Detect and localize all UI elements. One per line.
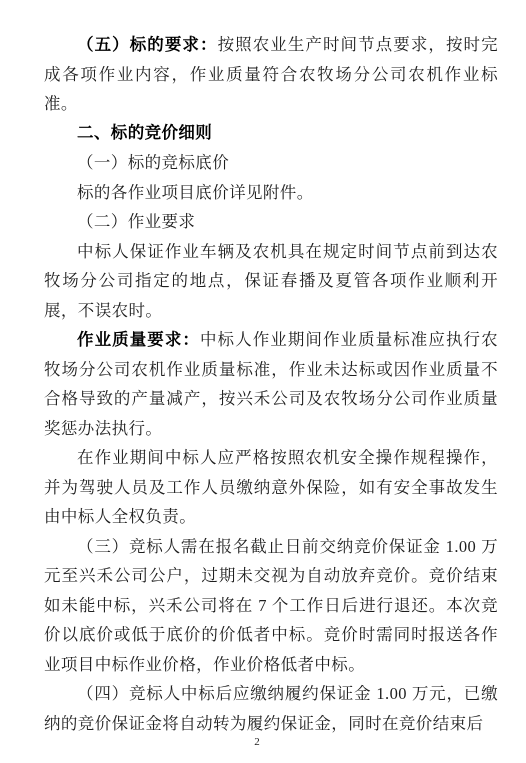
paragraph: （四）竞标人中标后应缴纳履约保证金 1.00 万元，已缴纳的竞价保证金将自动转为… xyxy=(44,679,498,738)
paragraph: 中标人保证作业车辆及农机具在规定时间节点前到达农牧场分公司指定的地点，保证春播及… xyxy=(44,237,498,326)
paragraph: （二）作业要求 xyxy=(44,207,498,237)
text-run: 标的各作业项目底价详见附件。 xyxy=(77,183,314,202)
document-page: （五）标的要求：按照农业生产时间节点要求，按时完成各项作业内容，作业质量符合农牧… xyxy=(0,0,526,763)
text-run: （一）标的竞标底价 xyxy=(77,153,229,172)
bold-text-run: （五）标的要求： xyxy=(77,35,218,54)
text-run: （二）作业要求 xyxy=(77,212,195,231)
section-heading: 二、标的竞价细则 xyxy=(44,119,498,149)
paragraph: 标的各作业项目底价详见附件。 xyxy=(44,178,498,208)
text-run: （三）竞标人需在报名截止日前交纳竞价保证金 1.00 万元至兴禾公司公户，过期未… xyxy=(44,537,498,674)
bold-text-run: 二、标的竞价细则 xyxy=(77,124,212,142)
paragraph: （五）标的要求：按照农业生产时间节点要求，按时完成各项作业内容，作业质量符合农牧… xyxy=(44,30,498,119)
paragraph: （一）标的竞标底价 xyxy=(44,148,498,178)
bold-text-run: 作业质量要求： xyxy=(77,330,200,349)
text-run: 在作业期间中标人应严格按照农机安全操作规程操作，并为驾驶人员及工作人员缴纳意外保… xyxy=(44,448,498,526)
paragraph: 在作业期间中标人应严格按照农机安全操作规程操作，并为驾驶人员及工作人员缴纳意外保… xyxy=(44,443,498,532)
page-number: 2 xyxy=(0,736,514,748)
document-body: （五）标的要求：按照农业生产时间节点要求，按时完成各项作业内容，作业质量符合农牧… xyxy=(44,30,498,738)
paragraph: （三）竞标人需在报名截止日前交纳竞价保证金 1.00 万元至兴禾公司公户，过期未… xyxy=(44,532,498,680)
paragraph: 作业质量要求：中标人作业期间作业质量标准应执行农牧场分公司农机作业质量标准，作业… xyxy=(44,325,498,443)
text-run: 中标人保证作业车辆及农机具在规定时间节点前到达农牧场分公司指定的地点，保证春播及… xyxy=(44,242,498,320)
text-run: （四）竞标人中标后应缴纳履约保证金 1.00 万元，已缴纳的竞价保证金将自动转为… xyxy=(44,684,498,733)
